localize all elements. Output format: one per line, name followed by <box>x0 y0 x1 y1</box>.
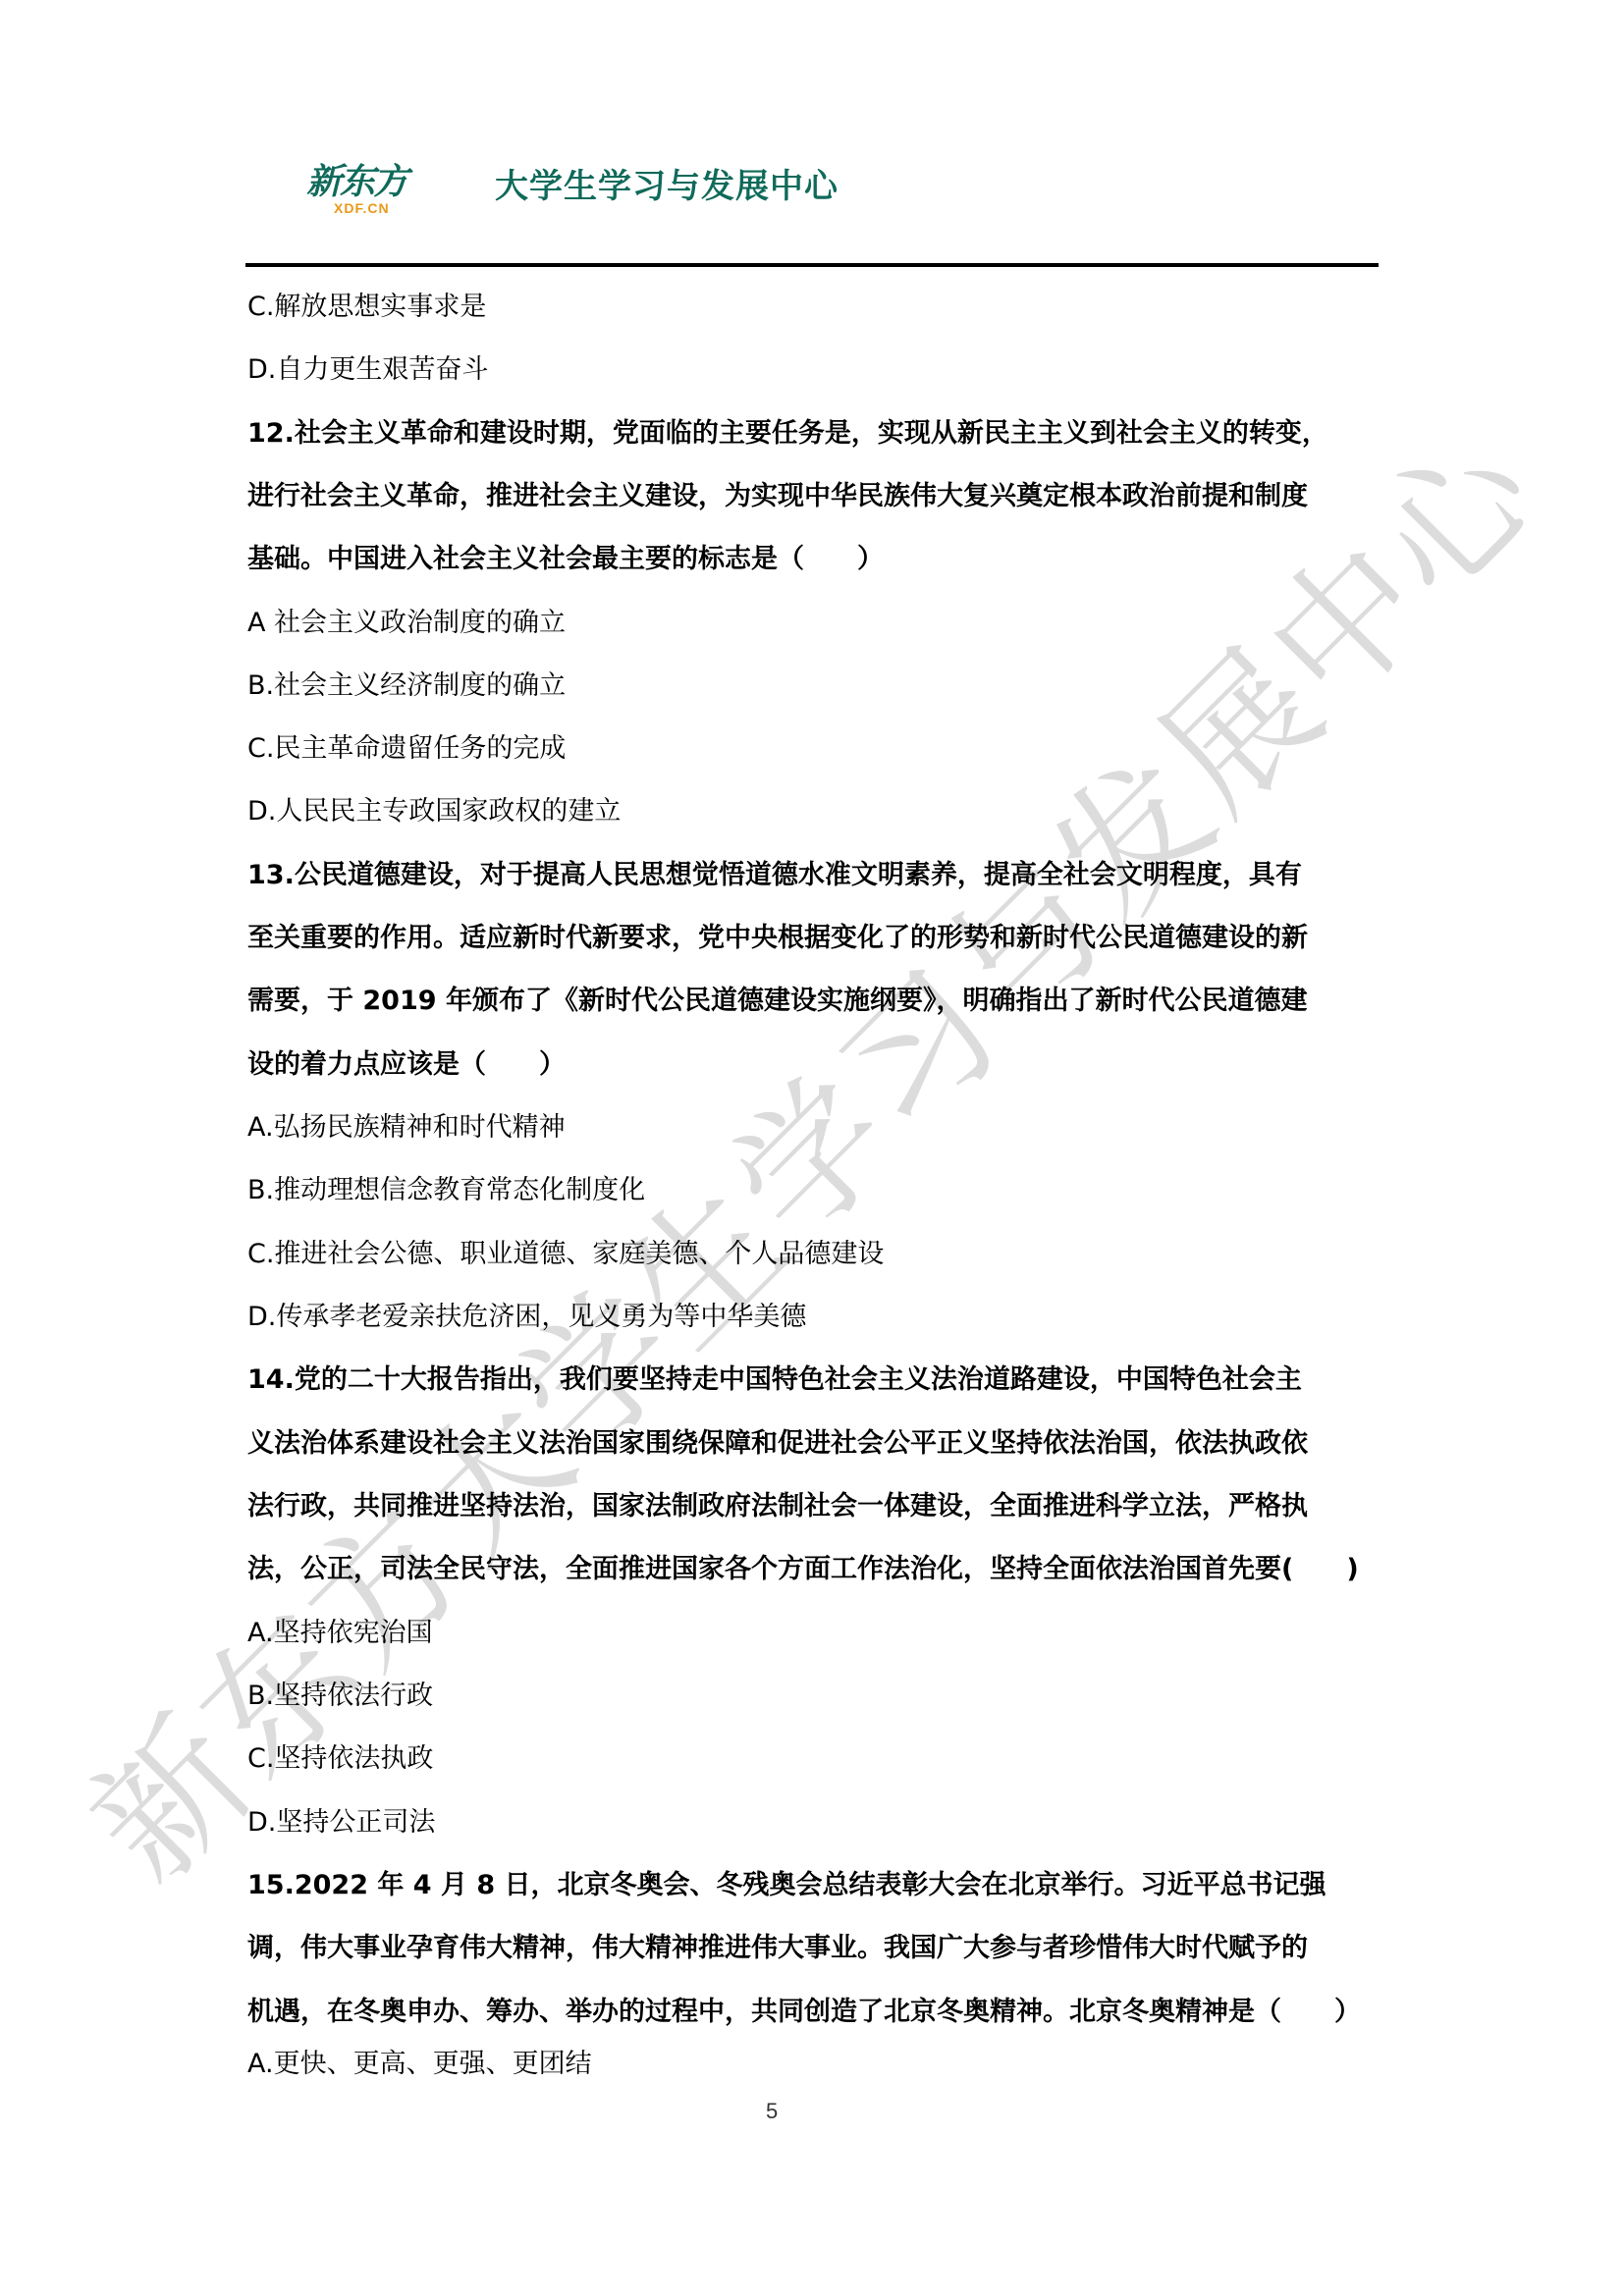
option-line: D.自力更生艰苦奋斗 <box>247 353 1386 387</box>
question-14-option-d: D.坚持公正司法 <box>247 1806 1386 1840</box>
question-14-option-b: B.坚持依法行政 <box>247 1680 1386 1713</box>
question-12-option-a: A 社会主义政治制度的确立 <box>247 607 1386 640</box>
question-12-stem: 进行社会主义革命，推进社会主义建设，为实现中华民族伟大复兴奠定根本政治前提和制度 <box>247 480 1386 513</box>
question-14-stem: 义法治体系建设社会主义法治国家围绕保障和促进社会公平正义坚持依法治国，依法执政依 <box>247 1427 1386 1461</box>
document-page: 新东方大学生学习与发展中心 新东方 XDF.CN 大学生学习与发展中心 C.解放… <box>0 0 1624 2296</box>
question-13-stem: 设的着力点应该是（ ） <box>247 1048 1386 1082</box>
question-13-option-d: D.传承孝老爱亲扶危济困，见义勇为等中华美德 <box>247 1301 1386 1334</box>
question-13-stem: 需要，于 2019 年颁布了《新时代公民道德建设实施纲要》，明确指出了新时代公民… <box>247 985 1386 1018</box>
question-12-stem: 12.社会主义革命和建设时期，党面临的主要任务是，实现从新民主主义到社会主义的转… <box>247 417 1386 451</box>
question-13-option-b: B.推动理想信念教育常态化制度化 <box>247 1174 1386 1207</box>
question-14-option-a: A.坚持依宪治国 <box>247 1617 1386 1650</box>
question-14-stem: 14.党的二十大报告指出，我们要坚持走中国特色社会主义法治道路建设，中国特色社会… <box>247 1363 1386 1397</box>
option-line: C.解放思想实事求是 <box>247 291 1386 324</box>
question-12-option-d: D.人民民主专政国家政权的建立 <box>247 795 1386 828</box>
question-13-option-c: C.推进社会公德、职业道德、家庭美德、个人品德建设 <box>247 1238 1386 1271</box>
question-13-option-a: A.弘扬民族精神和时代精神 <box>247 1111 1386 1145</box>
question-13-stem: 13.公民道德建设，对于提高人民思想觉悟道德水准文明素养，提高全社会文明程度，具… <box>247 859 1386 892</box>
question-12-option-c: C.民主革命遗留任务的完成 <box>247 732 1386 766</box>
question-14-stem: 法，公正，司法全民守法，全面推进国家各个方面工作法治化，坚持全面依法治国首先要(… <box>247 1553 1386 1586</box>
question-14-stem: 法行政，共同推进坚持法治，国家法制政府法制社会一体建设，全面推进科学立法，严格执 <box>247 1490 1386 1523</box>
question-15-stem: 机遇，在冬奥申办、筹办、举办的过程中，共同创造了北京冬奥精神。北京冬奥精神是（ … <box>247 1996 1386 2029</box>
question-13-stem: 至关重要的作用。适应新时代新要求，党中央根据变化了的形势和新时代公民道德建设的新 <box>247 922 1386 955</box>
question-12-stem: 基础。中国进入社会主义社会最主要的标志是（ ） <box>247 543 1386 576</box>
question-14-option-c: C.坚持依法执政 <box>247 1742 1386 1776</box>
question-15-stem: 15.2022 年 4 月 8 日，北京冬奥会、冬残奥会总结表彰大会在北京举行。… <box>247 1869 1386 1902</box>
question-12-option-b: B.社会主义经济制度的确立 <box>247 669 1386 703</box>
document-content: C.解放思想实事求是 D.自力更生艰苦奋斗 12.社会主义革命和建设时期，党面临… <box>0 0 1624 2296</box>
question-15-option-a: A.更快、更高、更强、更团结 <box>247 2048 1386 2081</box>
question-15-stem: 调，伟大事业孕育伟大精神，伟大精神推进伟大事业。我国广大参与者珍惜伟大时代赋予的 <box>247 1932 1386 1965</box>
